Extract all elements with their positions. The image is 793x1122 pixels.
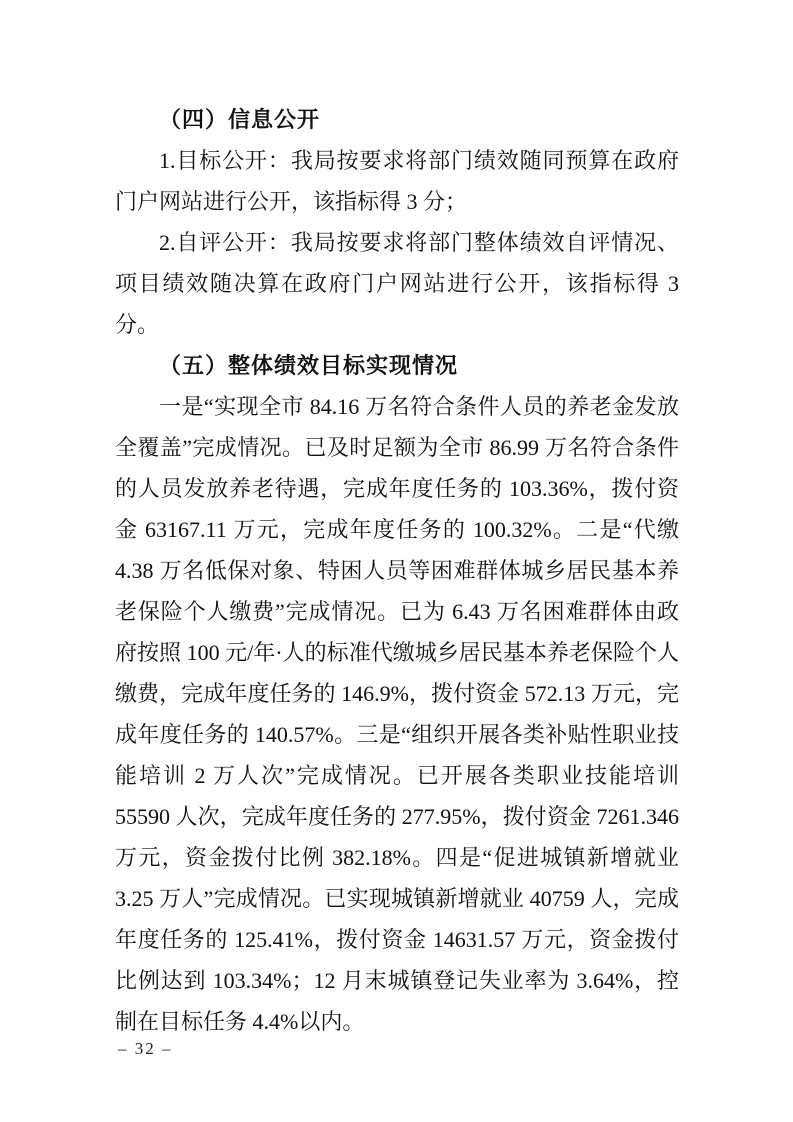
paragraph-goal-disclosure: 1.目标公开：我局按要求将部门绩效随同预算在政府门户网站进行公开，该指标得 3 … xyxy=(115,140,679,222)
document-body: （四）信息公开 1.目标公开：我局按要求将部门绩效随同预算在政府门户网站进行公开… xyxy=(115,99,679,1042)
section-heading-info-disclosure: （四）信息公开 xyxy=(115,99,679,140)
paragraph-overall-performance: 一是“实现全市 84.16 万名符合条件人员的养老金发放全覆盖”完成情况。已及时… xyxy=(115,386,679,1042)
page-number: – 32 – xyxy=(118,1038,173,1060)
document-page: （四）信息公开 1.目标公开：我局按要求将部门绩效随同预算在政府门户网站进行公开… xyxy=(0,0,793,1122)
paragraph-self-eval-disclosure: 2.自评公开：我局按要求将部门整体绩效自评情况、项目绩效随决算在政府门户网站进行… xyxy=(115,222,679,345)
section-heading-overall-performance: （五）整体绩效目标实现情况 xyxy=(115,345,679,386)
